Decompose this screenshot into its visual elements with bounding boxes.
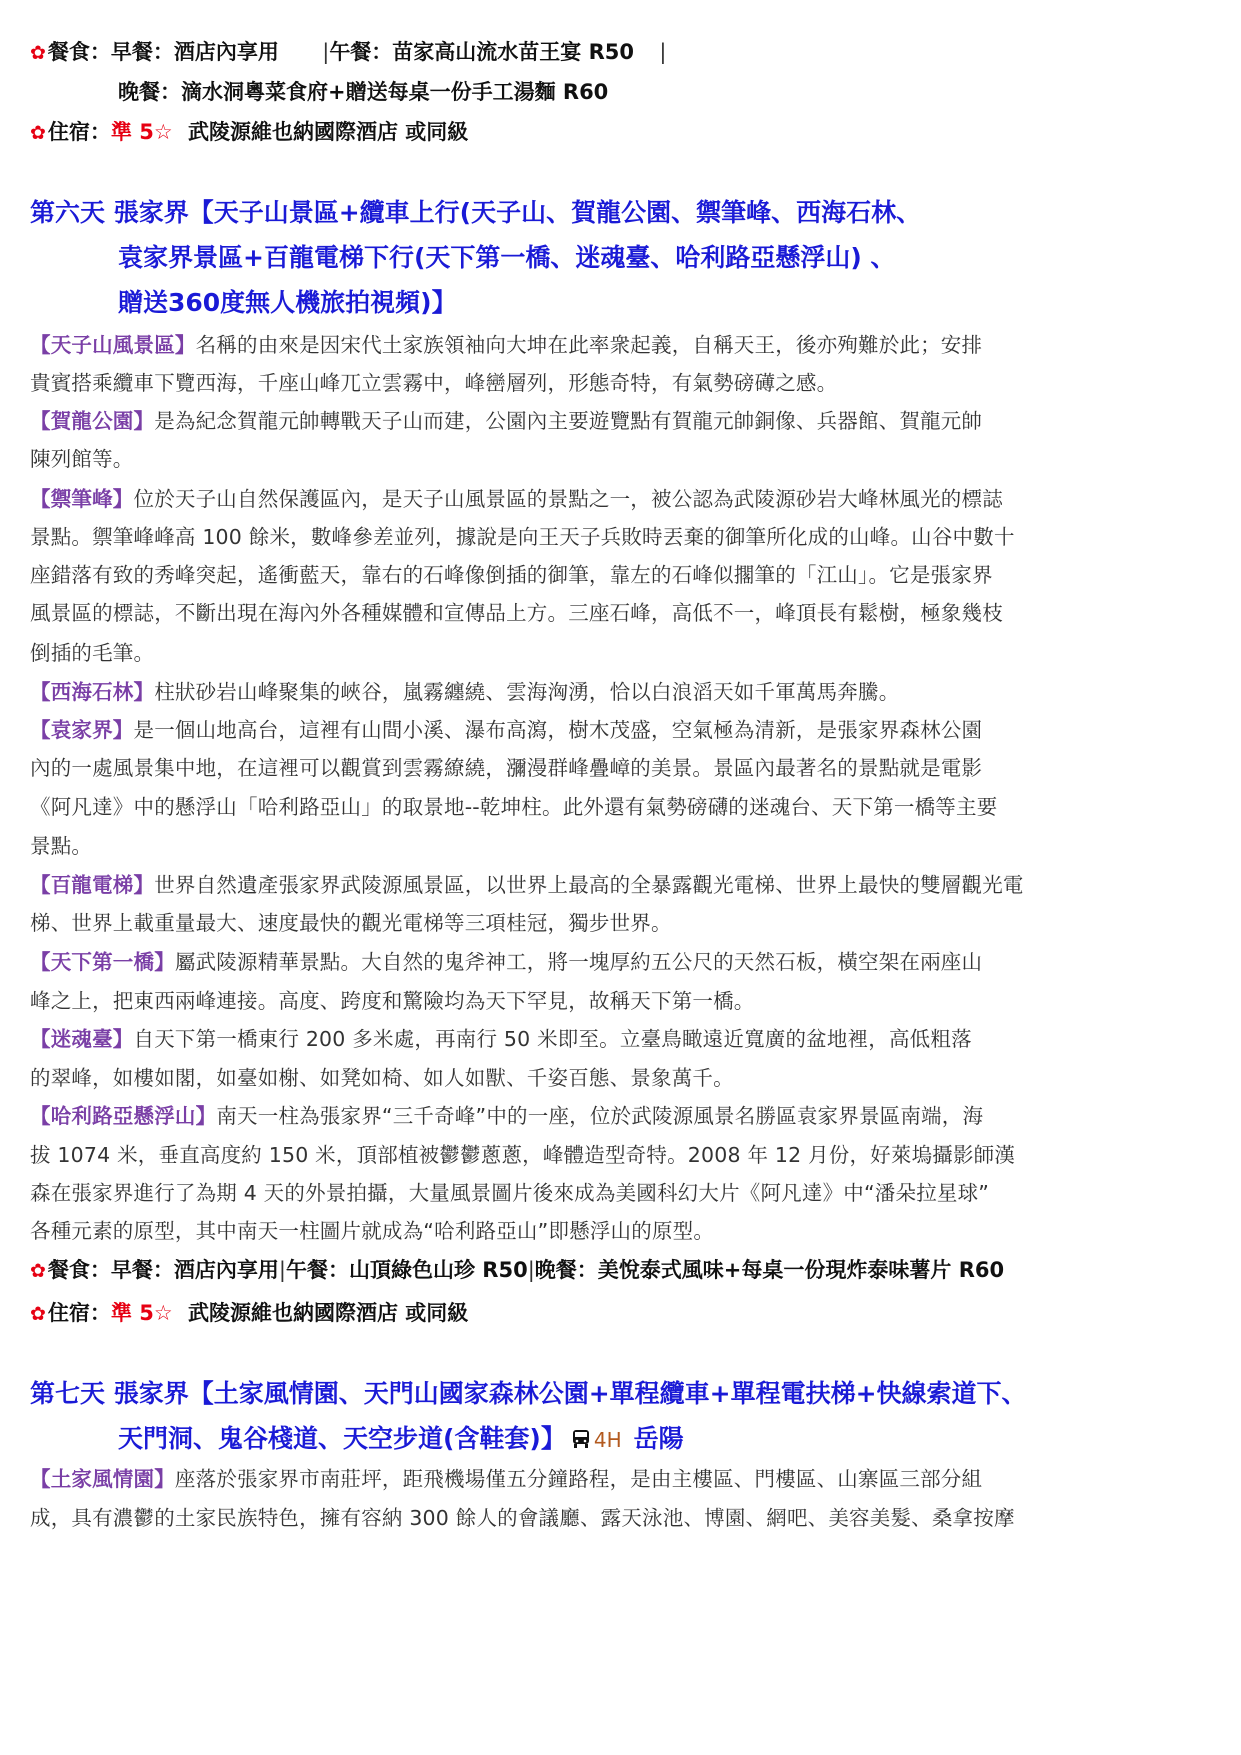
section-line: 座錯落有致的秀峰突起，遙衝藍天，靠右的石峰像倒插的御筆，靠左的石峰似擱筆的「江山… xyxy=(30,558,993,588)
section-yuanjiajie: 【袁家界】是一個山地高台，這裡有山間小溪、瀑布高瀉，樹木茂盛，空氣極為清新，是張… xyxy=(30,713,982,743)
flower-icon: ✿ xyxy=(30,1260,46,1282)
day7-title-text: 天門洞、鬼谷棧道、天空步道(含鞋套)】 xyxy=(118,1424,566,1453)
section-line: 是一個山地高台，這裡有山間小溪、瀑布高瀉，樹木茂盛，空氣極為清新，是張家界森林公… xyxy=(134,718,983,742)
section-tag: 【賀龍公園】 xyxy=(30,409,154,433)
section-line: 倒插的毛筆。 xyxy=(30,636,154,666)
section-line: 風景區的標誌，不斷出現在海內外各種媒體和宣傳品上方。三座石峰，高低不一，峰頂長有… xyxy=(30,596,1003,626)
section-tag: 【百龍電梯】 xyxy=(30,873,154,897)
section-bailong-elevator: 【百龍電梯】世界自然遺產張家界武陵源風景區，以世界上最高的全暴露觀光電梯、世界上… xyxy=(30,868,1024,898)
section-line: 的翠峰，如樓如閣，如臺如榭、如凳如椅、如人如獸、千姿百態、景象萬千。 xyxy=(30,1061,734,1091)
section-tag: 【西海石林】 xyxy=(30,680,154,704)
section-line: 座落於張家界市南莊坪，距飛機場僅五分鐘路程，是由主樓區、門樓區、山寨區三部分組 xyxy=(175,1467,982,1491)
star-icon: ☆ xyxy=(154,1301,173,1325)
section-tujia-park: 【土家風情園】座落於張家界市南莊坪，距飛機場僅五分鐘路程，是由主樓區、門樓區、山… xyxy=(30,1462,982,1492)
destination: 岳陽 xyxy=(634,1424,684,1453)
section-tianzishan: 【天子山風景區】名稱的由來是因宋代土家族領袖向大坤在此率衆起義，自稱天王，後亦殉… xyxy=(30,328,982,358)
dinner-text: 晚餐：滴水洞粵菜食府+贈送每桌一份手工湯麵 R60 xyxy=(118,80,608,104)
bus-icon xyxy=(572,1426,590,1455)
lodging-label: 住宿： xyxy=(48,1301,111,1325)
section-line: 位於天子山自然保護區內，是天子山風景區的景點之一，被公認為武陵源砂岩大峰林風光的… xyxy=(134,487,1003,511)
section-line: 梯、世界上載重量最大、速度最快的觀光電梯等三項桂冠，獨步世界。 xyxy=(30,906,672,936)
flower-icon: ✿ xyxy=(30,42,46,64)
section-line: 峰之上，把東西兩峰連接。高度、跨度和驚險均為天下罕見，故稱天下第一橋。 xyxy=(30,984,755,1014)
section-line: 成，具有濃鬱的土家民族特色，擁有容納 300 餘人的會議廳、露天泳池、博園、網吧… xyxy=(30,1501,1015,1531)
section-line: 內的一處風景集中地，在這裡可以觀賞到雲霧繚繞，瀰漫群峰疊嶂的美景。景區內最著名的… xyxy=(30,751,982,781)
section-line: 拔 1074 米，垂直高度約 150 米，頂部植被鬱鬱蔥蔥，峰體造型奇特。200… xyxy=(30,1138,1015,1168)
day7-title: 第七天 張家界【土家風情園、天門山國家森林公園+單程纜車+單程電扶梯+快線索道下… xyxy=(30,1374,1027,1410)
section-tag: 【土家風情園】 xyxy=(30,1467,175,1491)
star-icon: ☆ xyxy=(154,120,173,144)
hotel-name: 武陵源維也納國際酒店 或同級 xyxy=(188,120,468,144)
lodging-row: ✿住宿：準 5☆ 武陵源維也納國際酒店 或同級 xyxy=(30,116,468,146)
section-tag: 【禦筆峰】 xyxy=(30,487,134,511)
section-line: 南天一柱為張家界“三千奇峰”中的一座，位於武陵源風景名勝區袁家界景區南端，海 xyxy=(216,1104,983,1128)
meals-row: ✿餐食：早餐：酒店內享用|午餐：山頂綠色山珍 R50|晚餐：美悅泰式風味+每桌一… xyxy=(30,1254,1004,1284)
flower-icon: ✿ xyxy=(30,122,46,144)
dinner-row: 晚餐：滴水洞粵菜食府+贈送每桌一份手工湯麵 R60 xyxy=(118,76,608,106)
breakfast-text: 餐食：早餐：酒店內享用 xyxy=(48,1258,279,1282)
day6-title-line3: 贈送360度無人機旅拍視頻)】 xyxy=(118,283,457,319)
section-line: 是為紀念賀龍元帥轉戰天子山而建，公園內主要遊覽點有賀龍元帥銅像、兵器館、賀龍元帥 xyxy=(154,409,982,433)
section-yubi-peak: 【禦筆峰】位於天子山自然保護區內，是天子山風景區的景點之一，被公認為武陵源砂岩大… xyxy=(30,482,1003,512)
section-line: 自天下第一橋東行 200 多米處，再南行 50 米即至。立臺鳥瞰遠近寬廣的盆地裡… xyxy=(134,1027,972,1051)
section-hallelujah-mountain: 【哈利路亞懸浮山】南天一柱為張家界“三千奇峰”中的一座，位於武陵源風景名勝區袁家… xyxy=(30,1099,983,1129)
section-line: 森在張家界進行了為期 4 天的外景拍攝，大量風景圖片後來成為美國科幻大片《阿凡達… xyxy=(30,1176,989,1206)
section-tag: 【天下第一橋】 xyxy=(30,950,175,974)
day6-title: 第六天 張家界【天子山景區+纜車上行(天子山、賀龍公園、禦筆峰、西海石林、 xyxy=(30,193,921,229)
divider: | xyxy=(279,1258,286,1282)
lodging-row: ✿住宿：準 5☆ 武陵源維也納國際酒店 或同級 xyxy=(30,1297,468,1327)
section-mihun-terrace: 【迷魂臺】自天下第一橋東行 200 多米處，再南行 50 米即至。立臺鳥瞰遠近寬… xyxy=(30,1022,972,1052)
dinner-text: 晚餐：美悅泰式風味+每桌一份現炸泰味薯片 R60 xyxy=(535,1258,1004,1282)
day6-title-line2: 袁家界景區+百龍電梯下行(天下第一橋、迷魂臺、哈利路亞懸浮山) 、 xyxy=(118,238,896,274)
hotel-grade: 準 5 xyxy=(111,1301,154,1325)
section-line: 各種元素的原型，其中南天一柱圖片就成為“哈利路亞山”即懸浮山的原型。 xyxy=(30,1214,714,1244)
section-tag: 【迷魂臺】 xyxy=(30,1027,134,1051)
section-line: 柱狀砂岩山峰聚集的峽谷，嵐霧纏繞、雲海洶湧，恰以白浪滔天如千軍萬馬奔騰。 xyxy=(154,680,899,704)
hotel-grade: 準 5 xyxy=(111,120,154,144)
section-tag: 【天子山風景區】 xyxy=(30,333,196,357)
section-line: 貴賓搭乘纜車下覽西海，千座山峰兀立雲霧中，峰巒層列，形態奇特，有氣勢磅礡之感。 xyxy=(30,366,837,396)
section-tag: 【哈利路亞懸浮山】 xyxy=(30,1104,216,1128)
section-line: 世界自然遺產張家界武陵源風景區，以世界上最高的全暴露觀光電梯、世界上最快的雙層觀… xyxy=(154,873,1023,897)
section-line: 名稱的由來是因宋代土家族領袖向大坤在此率衆起義，自稱天王，後亦殉難於此；安排 xyxy=(196,333,983,357)
section-line: 景點。 xyxy=(30,829,92,859)
section-line: 《阿凡達》中的懸浮山「哈利路亞山」的取景地--乾坤柱。此外還有氣勢磅礴的迷魂台、… xyxy=(30,790,997,820)
breakfast-text: 餐食：早餐：酒店內享用 xyxy=(48,40,279,64)
day7-title-line2: 天門洞、鬼谷棧道、天空步道(含鞋套)】4H岳陽 xyxy=(118,1419,684,1455)
lunch-text: 午餐：山頂綠色山珍 R50 xyxy=(286,1258,528,1282)
section-line: 陳列館等。 xyxy=(30,442,134,472)
hotel-name: 武陵源維也納國際酒店 或同級 xyxy=(188,1301,468,1325)
travel-duration: 4H xyxy=(594,1428,622,1452)
section-line: 屬武陵源精華景點。大自然的鬼斧神工，將一塊厚約五公尺的天然石板，橫空架在兩座山 xyxy=(175,950,982,974)
lunch-text: 午餐：苗家高山流水苗王宴 R50 xyxy=(329,40,634,64)
lodging-label: 住宿： xyxy=(48,120,111,144)
divider: | xyxy=(528,1258,535,1282)
flower-icon: ✿ xyxy=(30,1303,46,1325)
section-tag: 【袁家界】 xyxy=(30,718,134,742)
section-helong-park: 【賀龍公園】是為紀念賀龍元帥轉戰天子山而建，公園內主要遊覽點有賀龍元帥銅像、兵器… xyxy=(30,404,982,434)
meals-row: ✿餐食：早餐：酒店內享用 |午餐：苗家高山流水苗王宴 R50 | xyxy=(30,36,666,66)
section-line: 景點。禦筆峰峰高 100 餘米，數峰參差並列，據說是向王天子兵敗時丟棄的御筆所化… xyxy=(30,520,1015,550)
section-xihai-stone-forest: 【西海石林】柱狀砂岩山峰聚集的峽谷，嵐霧纏繞、雲海洶湧，恰以白浪滔天如千軍萬馬奔… xyxy=(30,675,899,705)
divider: | xyxy=(659,40,666,64)
section-first-bridge: 【天下第一橋】屬武陵源精華景點。大自然的鬼斧神工，將一塊厚約五公尺的天然石板，橫… xyxy=(30,945,982,975)
